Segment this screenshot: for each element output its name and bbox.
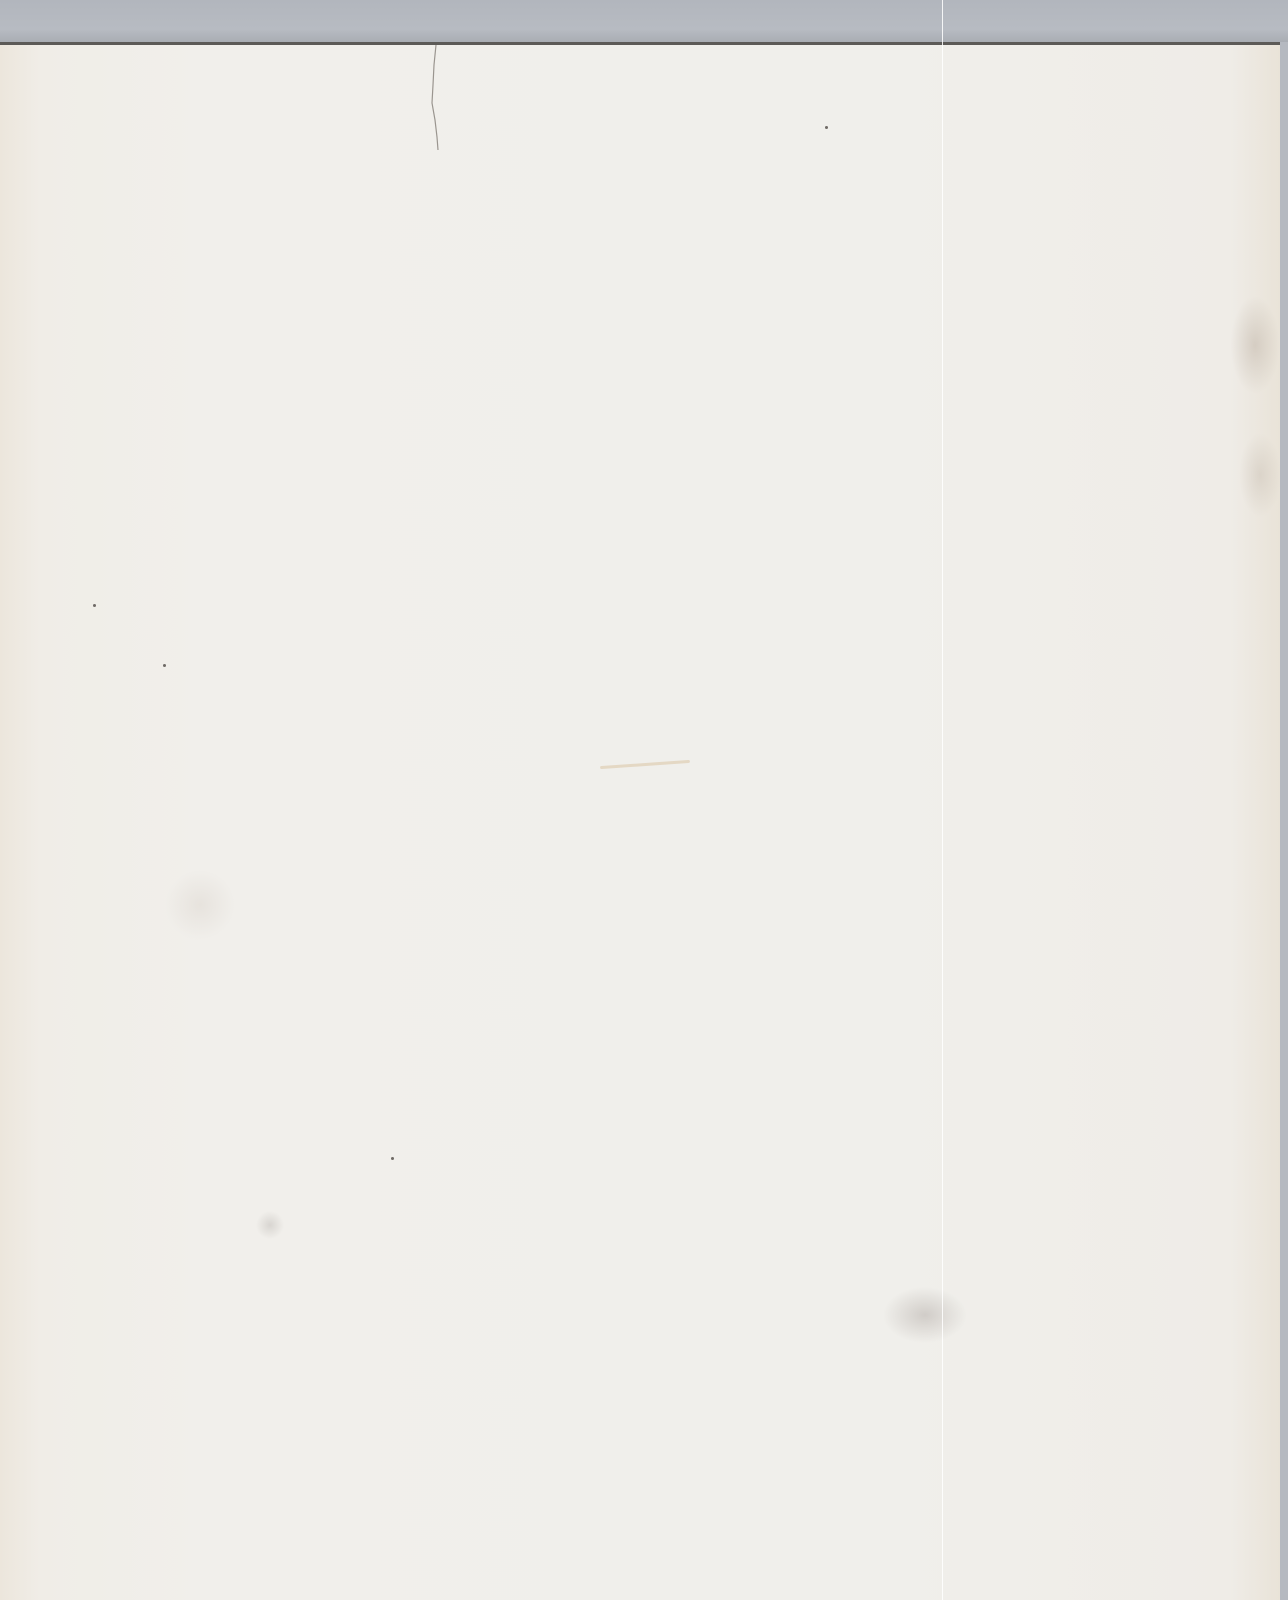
scanned-page bbox=[0, 0, 1288, 1600]
blank-paper-sheet bbox=[0, 42, 1280, 1600]
paper-speck bbox=[93, 604, 96, 607]
paper-speck bbox=[163, 664, 166, 667]
paper-speck bbox=[391, 1157, 394, 1160]
paper-crease-mark bbox=[428, 45, 442, 150]
paper-speck bbox=[825, 126, 828, 129]
scanner-backdrop bbox=[0, 0, 1288, 42]
scanner-artifact-line bbox=[942, 0, 943, 1600]
